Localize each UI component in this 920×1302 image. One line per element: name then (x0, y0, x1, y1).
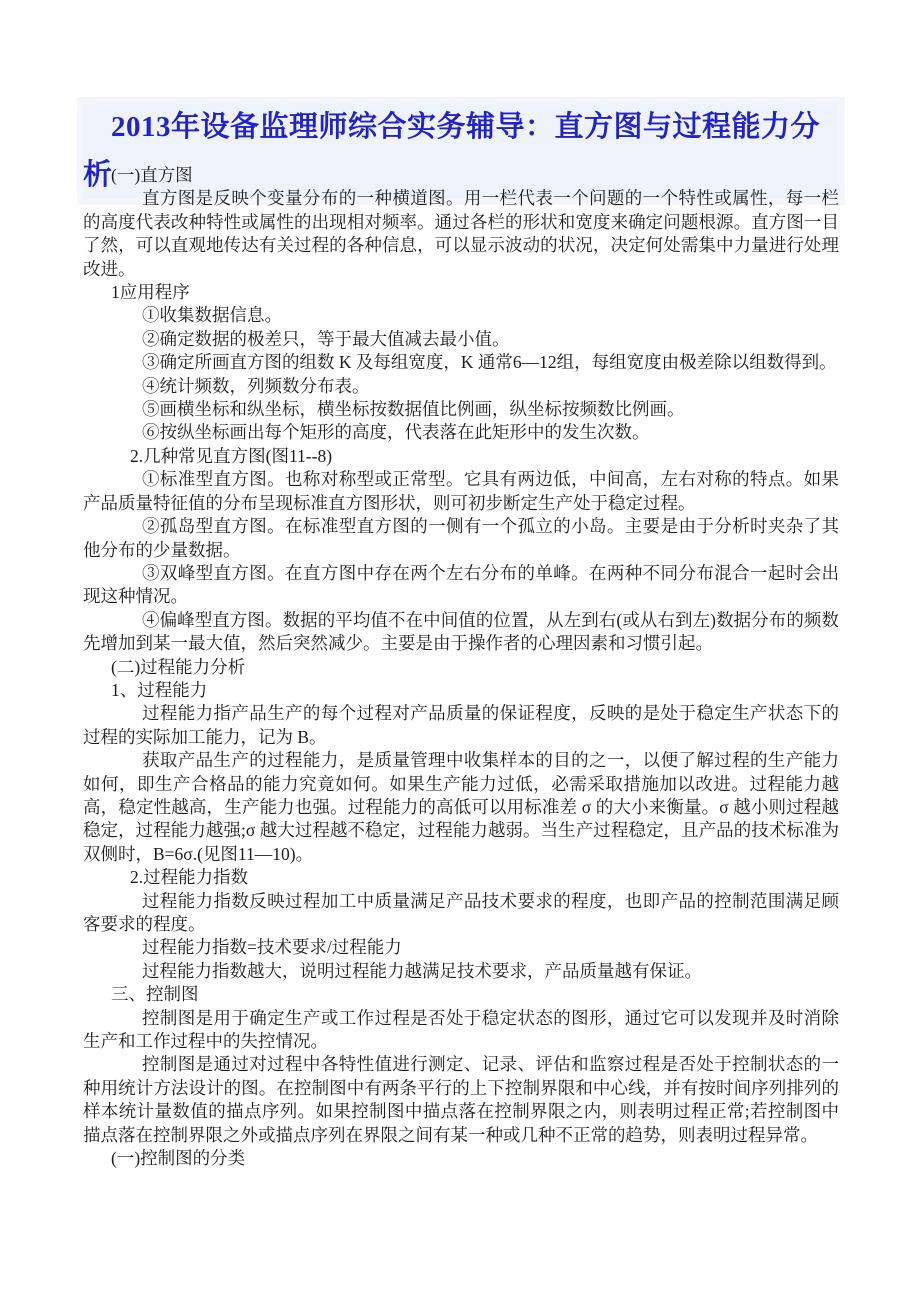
paragraph: 1、过程能力 (83, 679, 839, 702)
paragraph: (一)直方图 (83, 164, 839, 187)
paragraph: 过程能力指数越大，说明过程能力越满足技术要求，产品质量越有保证。 (83, 960, 839, 983)
paragraph: 过程能力指数反映过程加工中质量满足产品技术要求的程度，也即产品的控制范围满足顾客… (83, 890, 839, 937)
paragraph: ⑤画横坐标和纵坐标，横坐标按数据值比例画，纵坐标按频数比例画。 (83, 398, 839, 421)
paragraph: ⑥按纵坐标画出每个矩形的高度，代表落在此矩形中的发生次数。 (83, 421, 839, 444)
paragraph: ③双峰型直方图。在直方图中存在两个左右分布的单峰。在两种不同分布混合一起时会出现… (83, 562, 839, 609)
paragraph: (二)过程能力分析 (83, 656, 839, 679)
paragraph: ①收集数据信息。 (83, 304, 839, 327)
paragraph: 2.过程能力指数 (83, 866, 839, 889)
document-page: 2013年设备监理师综合实务辅导：直方图与过程能力分析 (一)直方图直方图是反映… (0, 0, 920, 1302)
paragraph: 1应用程序 (83, 281, 839, 304)
paragraph: 控制图是用于确定生产或工作过程是否处于稳定状态的图形，通过它可以发现并及时消除生… (83, 1007, 839, 1054)
paragraph: ①标准型直方图。也称对称型或正常型。它具有两边低，中间高，左右对称的特点。如果产… (83, 468, 839, 515)
paragraph: ③确定所画直方图的组数 K 及每组宽度，K 通常6—12组，每组宽度由极差除以组… (83, 351, 839, 374)
paragraph: 直方图是反映个变量分布的一种横道图。用一栏代表一个问题的一个特性或属性，每一栏的… (83, 187, 839, 281)
paragraph: 获取产品生产的过程能力，是质量管理中收集样本的目的之一，以便了解过程的生产能力如… (83, 749, 839, 866)
paragraph: ④统计频数，列频数分布表。 (83, 375, 839, 398)
paragraph: (一)控制图的分类 (83, 1147, 839, 1170)
paragraph: ②孤岛型直方图。在标准型直方图的一侧有一个孤立的小岛。主要是由于分析时夹杂了其他… (83, 515, 839, 562)
paragraph: ②确定数据的极差只，等于最大值减去最小值。 (83, 328, 839, 351)
paragraph: 三、控制图 (83, 983, 839, 1006)
paragraph: 过程能力指数=技术要求/过程能力 (83, 936, 839, 959)
paragraph: ④偏峰型直方图。数据的平均值不在中间值的位置，从左到右(或从右到左)数据分布的频… (83, 609, 839, 656)
paragraph: 2.几种常见直方图(图11--8) (83, 445, 839, 468)
document-body: (一)直方图直方图是反映个变量分布的一种横道图。用一栏代表一个问题的一个特性或属… (83, 164, 839, 1170)
paragraph: 过程能力指产品生产的每个过程对产品质量的保证程度，反映的是处于稳定生产状态下的过… (83, 702, 839, 749)
paragraph: 控制图是通过对过程中各特性值进行测定、记录、评估和监察过程是否处于控制状态的一种… (83, 1053, 839, 1147)
